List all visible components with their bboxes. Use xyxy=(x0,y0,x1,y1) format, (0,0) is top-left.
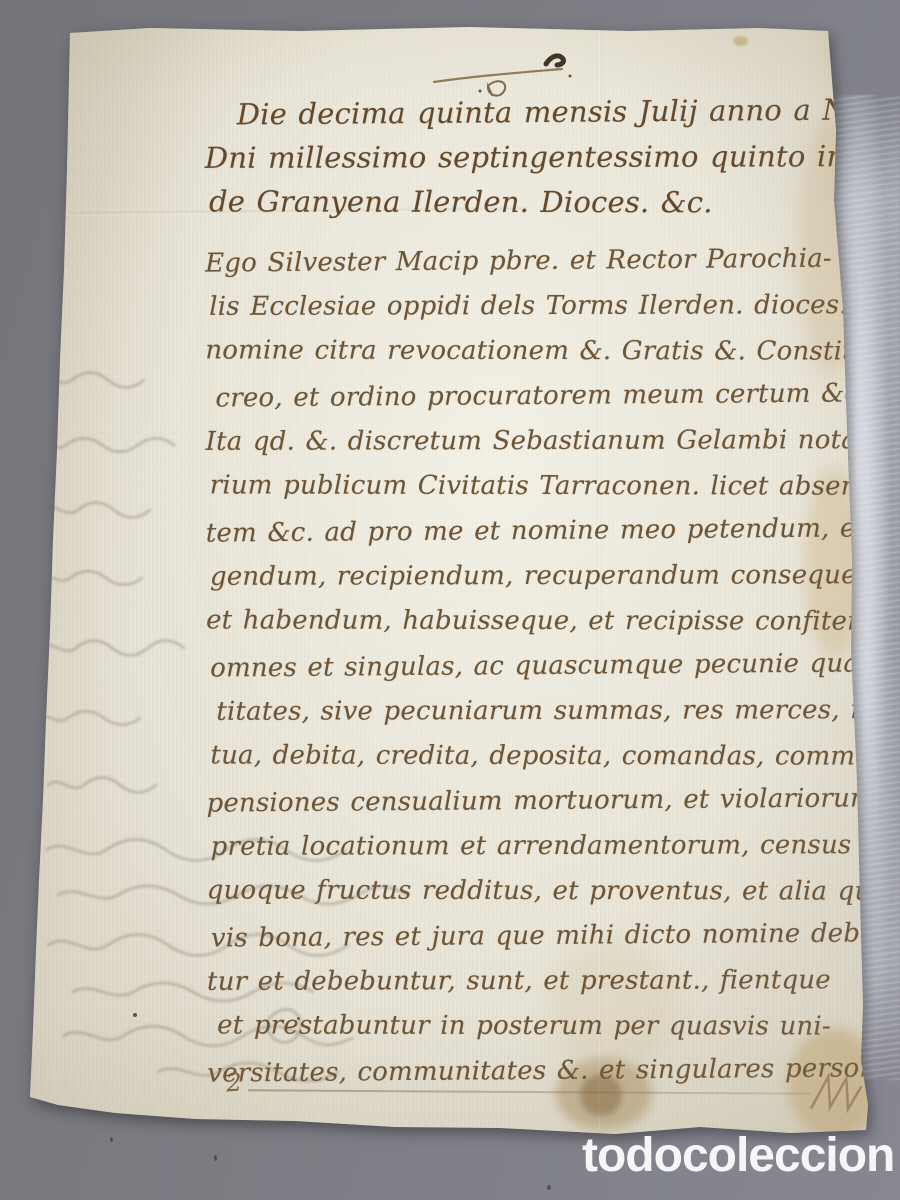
manuscript-line: Ita qd. &. discretum Sebastianum Gelambi… xyxy=(206,418,860,465)
manuscript-line: tem &c. ad pro me et nomine meo petendum… xyxy=(206,506,860,556)
photo-background: Die decima quinta mensis Julij anno a Na… xyxy=(0,0,900,1200)
paper-shadow: Die decima quinta mensis Julij anno a Na… xyxy=(0,0,900,1200)
manuscript-text: Die decima quinta mensis Julij anno a Na… xyxy=(209,89,862,1095)
manuscript-line: quoque fructus redditus, et proventus, e… xyxy=(207,868,861,914)
background-speck xyxy=(547,1185,551,1190)
manuscript-line: Ego Silvester Macip pbre. et Rector Paro… xyxy=(205,236,859,286)
manuscript-line: lis Ecclesiae oppidi dels Torms Ilerden.… xyxy=(209,283,859,330)
manuscript-line: de Granyena Ilerden. Dioces. &c. xyxy=(209,179,859,225)
page-marker: 2 xyxy=(225,1067,243,1097)
manuscript-line: omnes et singulas, ac quascumque pecunie… xyxy=(210,641,860,691)
background-speck xyxy=(110,1137,113,1142)
manuscript-line: pretia locationum et arrendamentorum, ce… xyxy=(211,823,861,870)
manuscript-line: titates, sive pecuniarum summas, res mer… xyxy=(216,688,860,735)
manuscript-line: et prestabuntur in posterum per quasvis … xyxy=(217,1003,861,1049)
manuscript-line: nomine citra revocationem &. Gratis &. C… xyxy=(205,328,859,374)
manuscript-line: rium publicum Civitatis Tarraconen. lice… xyxy=(210,463,860,509)
manuscript-line: et habendum, habuisseque, et recipisse c… xyxy=(206,598,860,644)
manuscript-line: Dni millessimo septingentessimo quinto i… xyxy=(205,134,859,181)
manuscript-line: tua, debita, credita, deposita, comandas… xyxy=(210,733,860,779)
manuscript-line: pensiones censualium mortuorum, et viola… xyxy=(206,776,860,826)
manuscript-line: tur et debebuntur, sunt, et prestant., f… xyxy=(207,958,861,1005)
manuscript-line: vis bona, res et jura que mihi dicto nom… xyxy=(211,911,861,961)
watermark: todocoleccion xyxy=(582,1128,894,1183)
manuscript-page: Die decima quinta mensis Julij anno a Na… xyxy=(0,0,900,1200)
stain xyxy=(733,36,748,46)
manuscript-line: Die decima quinta mensis Julij anno a Na… xyxy=(237,88,859,138)
manuscript-line: creo, et ordino procuratorem meum certum… xyxy=(215,371,859,421)
corner-flourish-icon xyxy=(798,1062,869,1133)
background-speck xyxy=(214,1155,217,1161)
manuscript-line: gendum, recipiendum, recuperandum conseq… xyxy=(210,553,860,600)
